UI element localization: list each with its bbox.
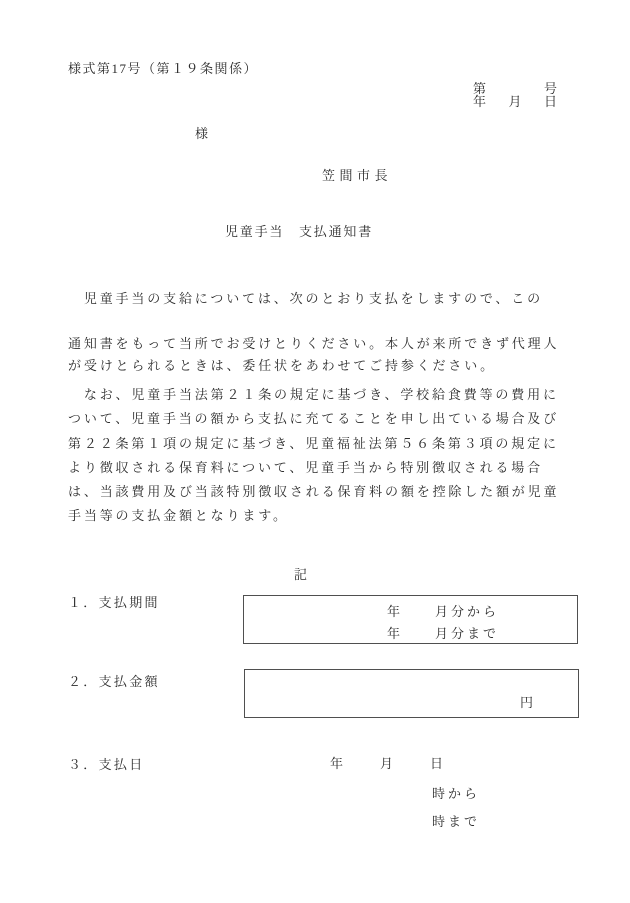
form-number: 様式第17号（第１９条関係） [68, 62, 258, 76]
payment-amount-box: 円 [244, 669, 579, 718]
recipient-honorific: 様 [195, 127, 208, 141]
paragraph2-line: 手当等の支払金額となります。 [68, 509, 289, 523]
paragraph2-line: 第２２条第１項の規定に基づき、児童福祉法第５６条第３項の規定に [68, 437, 559, 451]
list-marker: 記 [294, 568, 307, 582]
period-from-line: 年 月分から [387, 601, 577, 623]
payment-date-line: 年 月 日 [330, 757, 443, 771]
document-title: 児童手当 支払通知書 [225, 225, 373, 239]
yen-unit-label: 円 [520, 692, 533, 711]
period-to-line: 年 月分まで [387, 623, 577, 645]
paragraph2-line: より徴収される保育料について、児童手当から特別徴収される場合 [68, 461, 543, 475]
payment-date-day-label: 日 [430, 757, 443, 771]
issue-date-month-label: 月 [508, 95, 521, 109]
paragraph2-line: は、当該費用及び当該特別徴収される保育料の額を控除した額が児童 [68, 485, 559, 499]
payment-time-from-label: 時から [432, 787, 480, 801]
document-page: 様式第17号（第１９条関係） 第 号 年 月 日 様 笠間市長 児童手当 支払通… [0, 0, 630, 903]
paragraph1-line: 通知書をもって当所でお受けとりください。本人が来所できず代理人 [68, 337, 559, 351]
payment-date-month-label: 月 [380, 757, 393, 771]
payment-date-label: ３．支払日 [68, 758, 145, 772]
issue-date-day-label: 日 [544, 95, 557, 109]
payment-date-year-label: 年 [330, 757, 343, 771]
paragraph1-line: 児童手当の支給については、次のとおり支払をしますので、この [68, 292, 543, 306]
sender-name: 笠間市長 [322, 169, 392, 183]
payment-period-box: 年 月分から 年 月分まで [243, 595, 578, 644]
paragraph1-line: が受けとられるときは、委任状をあわせてご持参ください。 [68, 359, 496, 373]
paragraph2-line: なお、児童手当法第２１条の規定に基づき、学校給食費等の費用に [68, 388, 559, 402]
payment-amount-label: ２．支払金額 [68, 675, 160, 689]
paragraph2-line: ついて、児童手当の額から支払に充てることを申し出ている場合及び [68, 412, 559, 426]
issue-date-line: 年 月 日 [473, 95, 557, 109]
payment-period-label: １．支払期間 [68, 596, 160, 610]
payment-time-to-label: 時まで [432, 815, 480, 829]
issue-date-year-label: 年 [473, 95, 486, 109]
